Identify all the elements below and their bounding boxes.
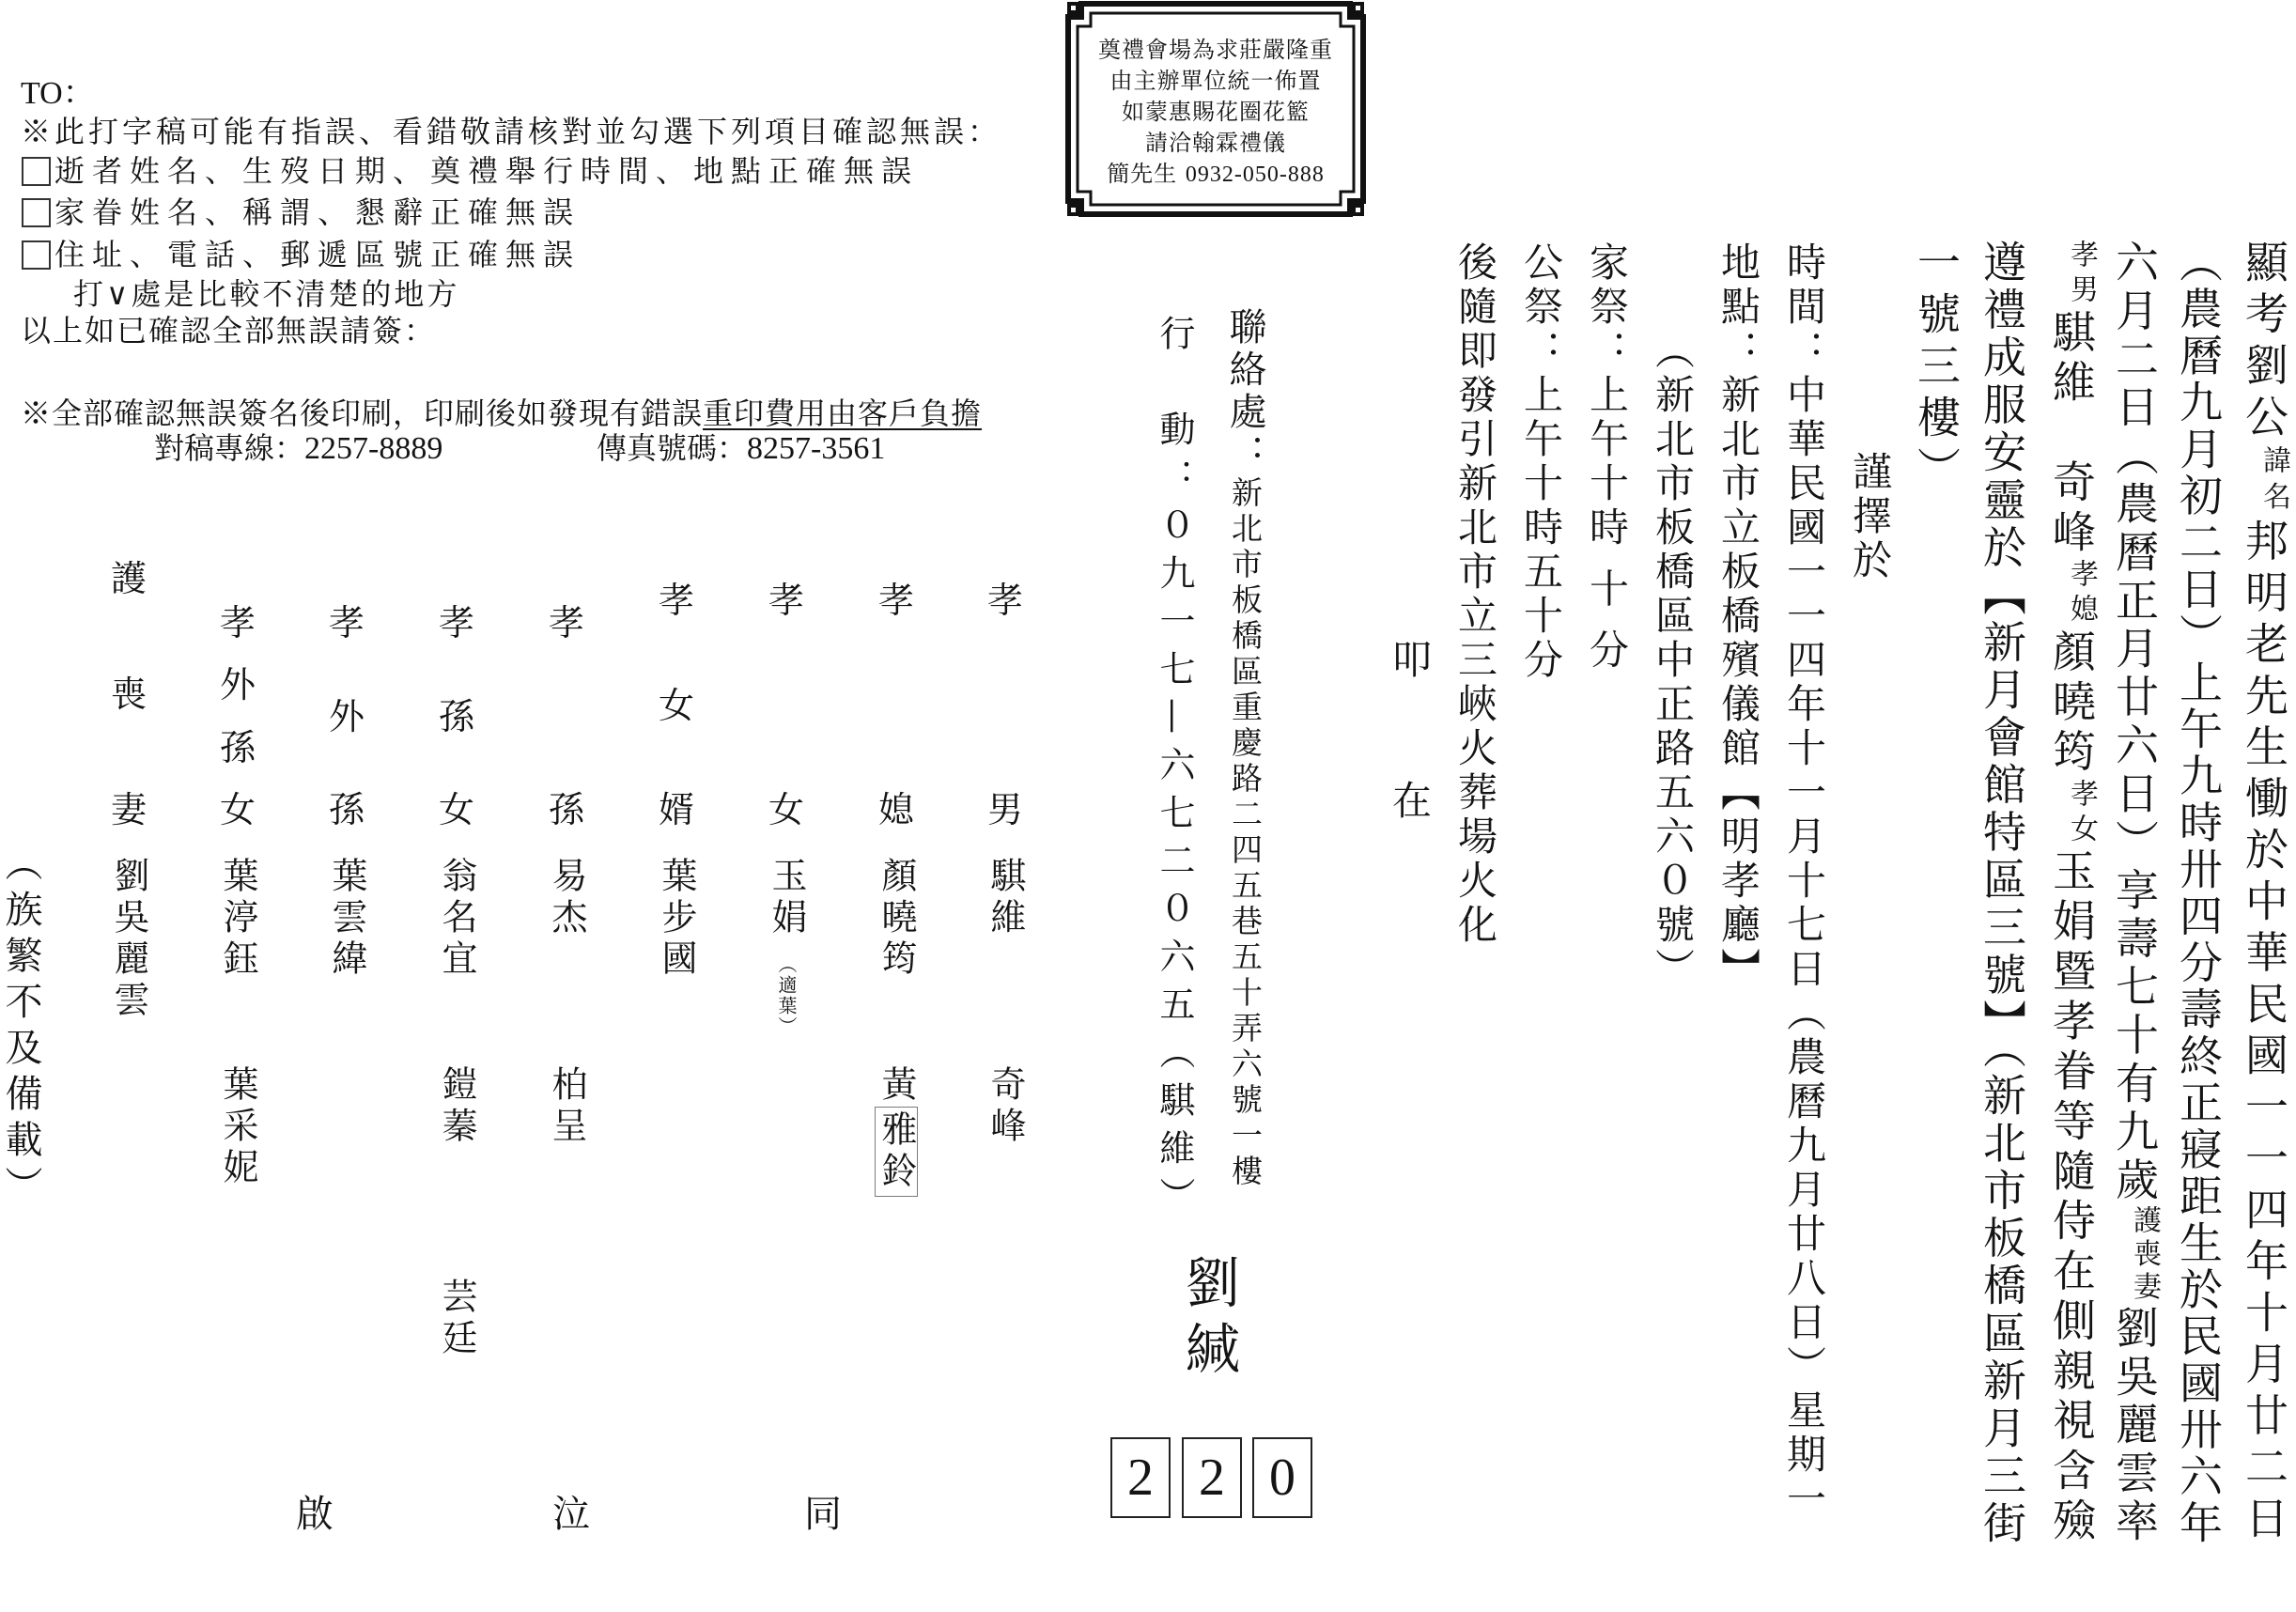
flower-contact-name: 簡先生 bbox=[1107, 161, 1177, 187]
fax-label: 傳真號碼： bbox=[597, 430, 747, 466]
family-member-name: 鎧蓁 bbox=[434, 1065, 479, 1148]
contact-mobile: 行 動：０九一七—六七二０六五（騏維） bbox=[1151, 315, 1198, 1225]
family-omission-note: （族繁不及備載） bbox=[0, 844, 41, 1212]
sons-names: 騏維 奇峰 bbox=[2046, 309, 2097, 559]
venue-value: 新北市立板橋殯儀館【明孝廳】 bbox=[1715, 374, 1761, 992]
checklist-item-family-info: 家眷姓名、稱謂、懇辭正確無誤 bbox=[54, 194, 581, 231]
venue-address: （新北市板橋區中正路五六０號） bbox=[1646, 330, 1699, 992]
relation-label-daughters-in-law: 孝媳 bbox=[874, 581, 919, 829]
signoff-char: 同 bbox=[804, 1494, 842, 1535]
relation-label-grandsons: 孝孫 bbox=[544, 604, 589, 829]
daughter-and-family-text: 玉娟暨孝眷等隨侍在側親視含殮 bbox=[2046, 848, 2097, 1545]
reprint-notice-text: ※全部確認無誤簽名後印刷，印刷後如發現有錯誤 bbox=[21, 395, 703, 431]
relation-label-son-in-law: 孝女婿 bbox=[654, 581, 699, 829]
relation-label-sons: 孝男 bbox=[983, 581, 1028, 829]
mark-hint: 打∨處是比較不清楚的地方 bbox=[73, 275, 459, 313]
name-plain-part: 黃 bbox=[876, 1065, 917, 1107]
obituary-proof-page: TO： ※此打字稿可能有指誤、看錯敬請核對並勾選下列項目確認無誤： 逝者姓名、生… bbox=[0, 0, 2296, 1612]
proof-warning: ※此打字稿可能有指誤、看錯敬請核對並勾選下列項目確認無誤： bbox=[21, 113, 1001, 150]
postal-code-digit: 2 bbox=[1182, 1437, 1242, 1518]
relation-label-daughters-sons: 孝外孫 bbox=[324, 604, 369, 829]
chief-mourner-small: 護喪妻 bbox=[2128, 1205, 2161, 1305]
family-member-name: 顏曉筠 bbox=[874, 857, 919, 981]
announcement-column-2: （農曆九月初二日）上午九時卅四分壽終正寢距生於民國卅六年 bbox=[2170, 240, 2226, 1545]
checklist-item-address-info: 住址、電話、郵遞區號正確無誤 bbox=[54, 236, 581, 273]
schedule-public-rite: 公祭：上午十時五十分 bbox=[1514, 241, 1567, 683]
signoff-char: 啟 bbox=[296, 1494, 334, 1535]
relation-small-daughter-in-law: 孝媳 bbox=[2065, 559, 2098, 628]
sealed-by: 劉緘 bbox=[1175, 1254, 1241, 1386]
flower-notice-line: 由主辦單位統一佈置 bbox=[1064, 66, 1367, 97]
schedule-cremation: 後隨即發引新北市立三峽火葬場火化 bbox=[1449, 241, 1501, 948]
name-prefix-small: 諱名 bbox=[2257, 445, 2290, 519]
postal-code-digit: 0 bbox=[1252, 1437, 1312, 1518]
announcement-column-1: 顯考劉公諱名邦明老先生慟於中華民國一一四年十月廿二日 bbox=[2236, 240, 2292, 1545]
flower-notice-text: 奠禮會場為求莊嚴隆重 由主辦單位統一佈置 如蒙惠賜花圈花籃 請洽翰霖禮儀 簡先生… bbox=[1064, 35, 1367, 191]
flower-notice-line: 如蒙惠賜花圈花籃 bbox=[1064, 97, 1367, 128]
married-into-note: （適葉） bbox=[774, 954, 799, 1037]
family-member-name: 奇峰 bbox=[983, 1065, 1028, 1148]
announcement-column-5: 遵禮成服安靈於【新月會館特區三號】（新北市板橋區新月三街 bbox=[1974, 240, 2030, 1545]
venue-label: 地點： bbox=[1715, 241, 1761, 374]
family-member-name: 葉采妮 bbox=[215, 1065, 260, 1189]
signoff-char: 泣 bbox=[552, 1494, 590, 1535]
flower-notice-line: 請洽翰霖禮儀 bbox=[1064, 128, 1367, 159]
flower-notice-contact: 簡先生 0932-050-888 bbox=[1064, 159, 1367, 191]
family-member-name-marked: 黃雅鈴 bbox=[874, 1065, 919, 1197]
family-rite-label: 家祭： bbox=[1584, 241, 1630, 374]
family-member-name: 芸廷 bbox=[434, 1278, 479, 1360]
proof-line-label: 對稿專線： bbox=[154, 430, 304, 466]
flower-notice-box: 奠禮會場為求莊嚴隆重 由主辦單位統一佈置 如蒙惠賜花圈花籃 請洽翰霖禮儀 簡先生… bbox=[1064, 0, 1367, 218]
family-member-name: 騏維 bbox=[983, 857, 1028, 939]
contact-mobile-label: 行 動： bbox=[1154, 315, 1195, 506]
family-member-name: 玉娟 bbox=[764, 857, 809, 939]
deceased-title: 顯考劉公 bbox=[2239, 240, 2289, 445]
checkbox-family-info bbox=[22, 198, 51, 227]
time-value: 中華民國一一四年十一月十七日（農曆九月廿八日）星期一 bbox=[1781, 374, 1827, 1522]
to-label: TO： bbox=[21, 75, 95, 113]
relation-label-daughters-daughters: 孝外孫女 bbox=[215, 604, 260, 829]
relation-label-granddaughters: 孝孫女 bbox=[434, 604, 479, 829]
daughter-in-law-name: 顏曉筠 bbox=[2046, 628, 2097, 778]
schedule-time: 時間：中華民國一一四年十一月十七日（農曆九月廿八日）星期一 bbox=[1777, 241, 1830, 1522]
family-member-name: 劉吳麗雲 bbox=[106, 857, 151, 1022]
closing-mark-zai: 在 bbox=[1383, 780, 1435, 819]
flower-contact-phone: 0932-050-888 bbox=[1186, 163, 1325, 187]
family-member-name: 葉雲緯 bbox=[324, 857, 369, 981]
checklist-item-deceased-info: 逝者姓名、生歿日期、奠禮舉行時間、地點正確無誤 bbox=[54, 152, 919, 190]
relation-label-widow: 護喪妻 bbox=[106, 560, 151, 829]
relation-small-daughter: 孝女 bbox=[2065, 779, 2098, 848]
contact-address-value: 新北市板橋區重慶路二四五巷五十弄六號一樓 bbox=[1227, 476, 1264, 1190]
contact-address: 聯絡處：新北市板橋區重慶路二四五巷五十弄六號一樓 bbox=[1221, 307, 1268, 1190]
announcement-column-6: 一號三樓） bbox=[1908, 240, 1964, 498]
announcement-column-4: 孝男騏維 奇峰孝媳顏曉筠孝女玉娟暨孝眷等隨侍在側親視含殮 bbox=[2043, 240, 2100, 1545]
family-member-name: 易杰 bbox=[544, 857, 589, 939]
flower-notice-line: 奠禮會場為求莊嚴隆重 bbox=[1064, 35, 1367, 66]
death-date-text: 邦明老先生慟於中華民國一一四年十月廿二日 bbox=[2239, 519, 2289, 1545]
reprint-fee-underlined: 重印費用由客戶負擔 bbox=[703, 395, 982, 431]
time-label: 時間： bbox=[1781, 241, 1827, 374]
birth-age-text: 六月二日（農曆正月廿六日）享壽七十有九歲 bbox=[2109, 240, 2160, 1205]
relation-label-daughter: 孝女 bbox=[764, 581, 809, 829]
unclear-mark-box: 雅鈴 bbox=[875, 1107, 918, 1197]
proof-line: 對稿專線：2257-8889 bbox=[154, 429, 442, 468]
family-member-name: 翁名宜 bbox=[434, 857, 479, 981]
contact-address-label: 聯絡處： bbox=[1223, 307, 1266, 476]
relation-small-sons: 孝男 bbox=[2065, 240, 2098, 309]
public-rite-label: 公祭： bbox=[1518, 241, 1564, 374]
chief-mourner-name: 劉吳麗雲率 bbox=[2109, 1305, 2160, 1545]
checkbox-address-info bbox=[22, 240, 51, 270]
schedule-family-rite: 家祭：上午十時 十 分 bbox=[1580, 241, 1633, 674]
reprint-notice: ※全部確認無誤簽名後印刷，印刷後如發現有錯誤重印費用由客戶負擔 bbox=[21, 395, 982, 432]
family-member-name: 葉渟鈺 bbox=[215, 857, 260, 981]
closing-mark-kou: 叩 bbox=[1383, 639, 1435, 678]
contact-mobile-value: ０九一七—六七二０六五（騏維） bbox=[1154, 506, 1195, 1225]
family-member-name: 葉步國 bbox=[654, 857, 699, 981]
fax-line: 傳真號碼：8257-3561 bbox=[597, 429, 885, 468]
family-rite-time: 上午十時 十 分 bbox=[1584, 374, 1630, 674]
postal-code-digit: 2 bbox=[1110, 1437, 1171, 1518]
family-member-name: 柏呈 bbox=[544, 1065, 589, 1148]
schedule-venue: 地點：新北市立板橋殯儀館【明孝廳】 bbox=[1712, 241, 1764, 992]
sign-prompt: 以上如已確認全部無誤請簽： bbox=[21, 312, 436, 349]
schedule-intro: 謹擇於 bbox=[1843, 451, 1896, 583]
announcement-column-3: 六月二日（農曆正月廿六日）享壽七十有九歲護喪妻劉吳麗雲率 bbox=[2106, 240, 2163, 1545]
public-rite-time: 上午十時五十分 bbox=[1518, 374, 1564, 683]
checkbox-deceased-info bbox=[22, 157, 51, 186]
fax-number: 8257-3561 bbox=[747, 431, 885, 466]
proof-line-number: 2257-8889 bbox=[304, 431, 442, 466]
